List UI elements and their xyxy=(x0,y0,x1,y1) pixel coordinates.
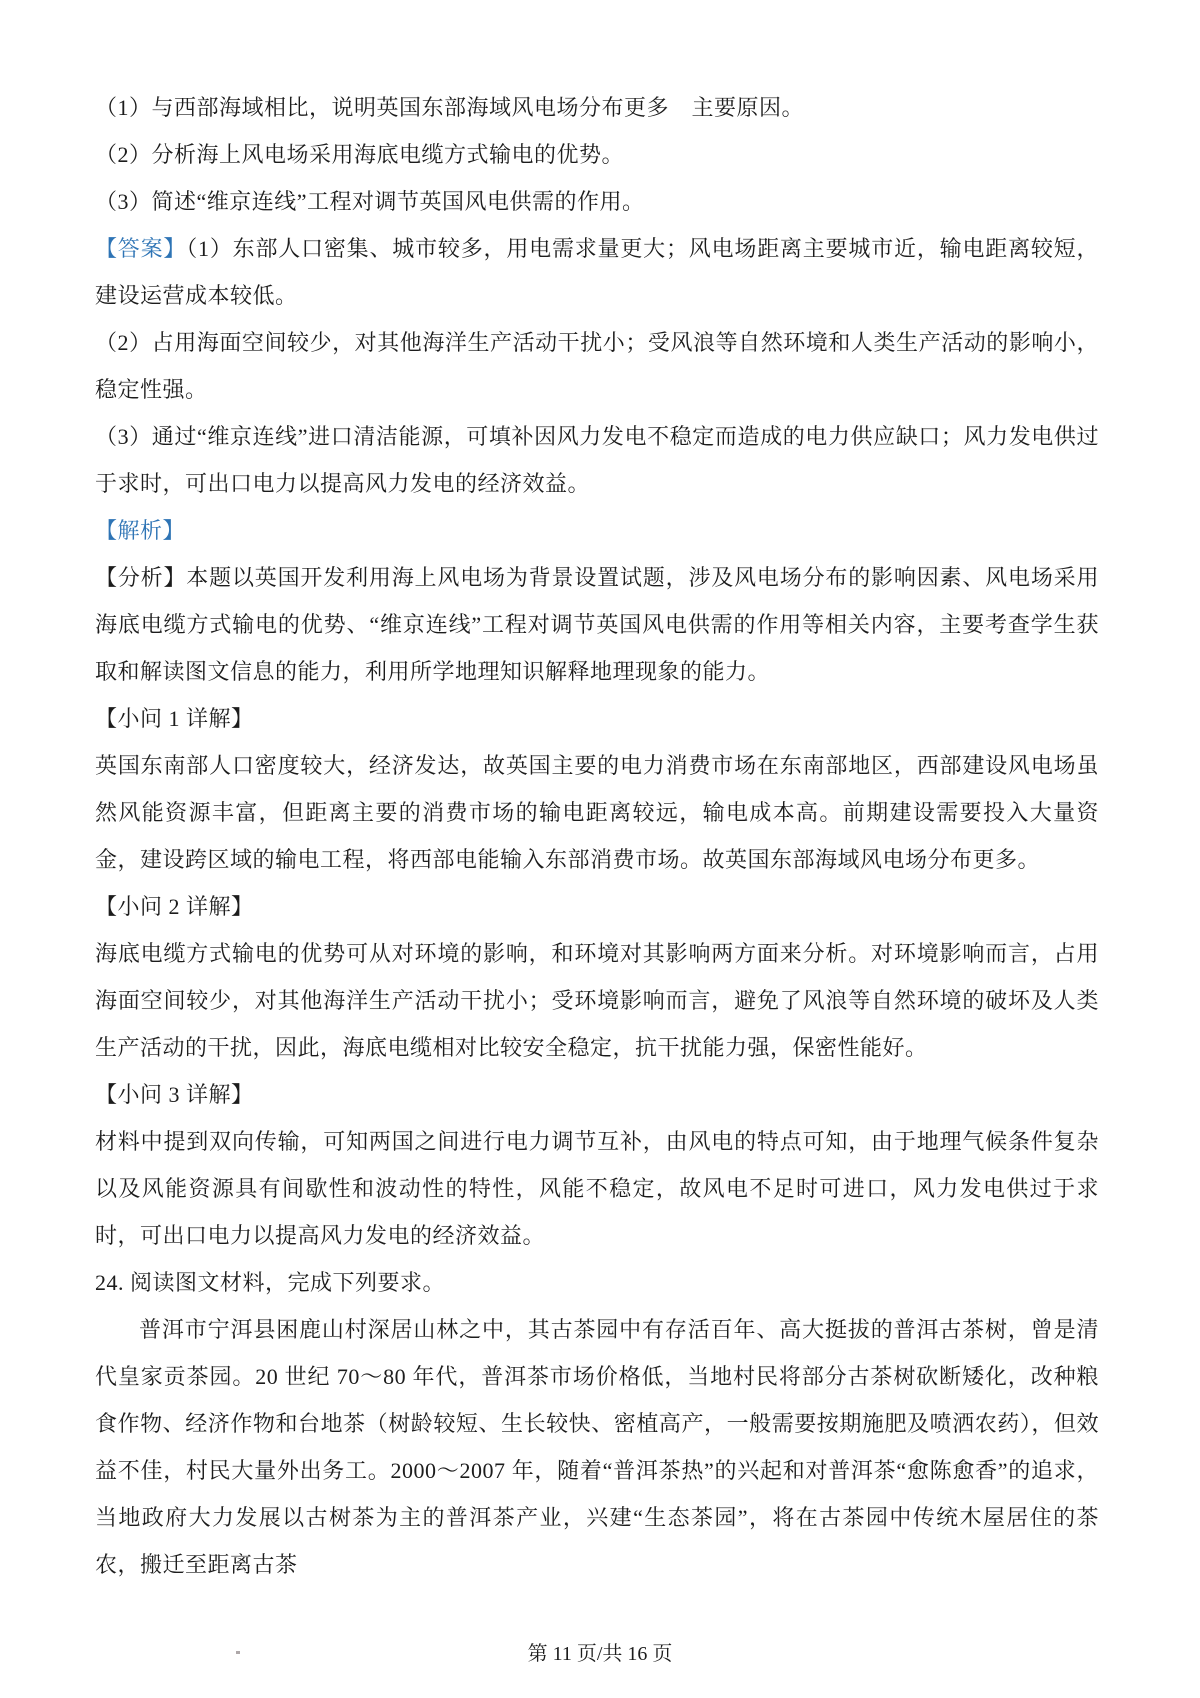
analysis-header-label: 【解析】 xyxy=(95,518,185,543)
answer-paragraph-2: （2）占用海面空间较少，对其他海洋生产活动干扰小；受风浪等自然环境和人类生产活动… xyxy=(95,319,1099,413)
answer-paragraph-1: 【答案】（1）东部人口密集、城市较多，用电需求量更大；风电场距离主要城市近，输电… xyxy=(95,225,1099,319)
subquestion-3-detail: 材料中提到双向传输，可知两国之间进行电力调节互补，由风电的特点可知，由于地理气候… xyxy=(95,1118,1099,1259)
answer-part1-text: （1）东部人口密集、城市较多，用电需求量更大；风电场距离主要城市近，输电距离较短… xyxy=(95,236,1099,308)
page-footer: 第 11 页/共 16 页 xyxy=(0,1640,1200,1668)
subquestion-3-header: 【小问 3 详解】 xyxy=(95,1071,1099,1118)
analysis-overview: 【分析】本题以英国开发利用海上风电场为背景设置试题，涉及风电场分布的影响因素、风… xyxy=(95,554,1099,695)
question-24-stem: 24. 阅读图文材料，完成下列要求。 xyxy=(95,1259,1099,1306)
question-24-material: 普洱市宁洱县困鹿山村深居山林之中，其古茶园中有存活百年、高大挺拔的普洱古茶树，曾… xyxy=(95,1306,1099,1588)
subquestion-2-detail: 海底电缆方式输电的优势可从对环境的影响，和环境对其影响两方面来分析。对环境影响而… xyxy=(95,930,1099,1071)
document-page: （1）与西部海域相比，说明英国东部海域风电场分布更多 主要原因。 （2）分析海上… xyxy=(0,0,1200,1698)
question-sub2: （2）分析海上风电场采用海底电缆方式输电的优势。 xyxy=(95,131,1099,178)
exam-answer-content: （1）与西部海域相比，说明英国东部海域风电场分布更多 主要原因。 （2）分析海上… xyxy=(95,84,1099,1588)
subquestion-2-header: 【小问 2 详解】 xyxy=(95,883,1099,930)
analysis-header: 【解析】 xyxy=(95,507,1099,554)
answer-paragraph-3: （3）通过“维京连线”进口清洁能源，可填补因风力发电不稳定而造成的电力供应缺口；… xyxy=(95,413,1099,507)
subquestion-1-header: 【小问 1 详解】 xyxy=(95,695,1099,742)
question-sub1: （1）与西部海域相比，说明英国东部海域风电场分布更多 主要原因。 xyxy=(95,84,1099,131)
subquestion-1-detail: 英国东南部人口密度较大，经济发达，故英国主要的电力消费市场在东南部地区，西部建设… xyxy=(95,742,1099,883)
page-number-indicator: 第 11 页/共 16 页 xyxy=(528,1643,673,1665)
question-sub3: （3）简述“维京连线”工程对调节英国风电供需的作用。 xyxy=(95,178,1099,225)
answer-label: 【答案】 xyxy=(95,236,186,261)
